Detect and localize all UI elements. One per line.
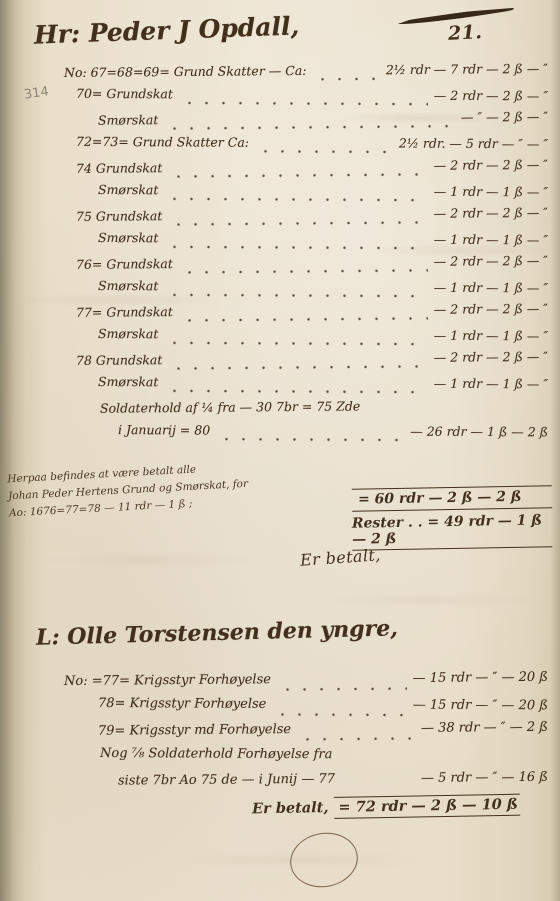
dot-leader	[166, 119, 455, 134]
ledger-row: Smørskat— 1 rdr — 1 ß — ″	[42, 278, 548, 305]
entry-label: Smørskat	[98, 112, 159, 128]
dot-leader	[257, 144, 393, 157]
page-number: 21.	[447, 21, 482, 45]
ledger-row: 72=73= Grund Skatter Ca:2½ rdr. — 5 rdr …	[42, 134, 548, 161]
dot-leader	[340, 757, 542, 770]
dot-leader	[314, 71, 379, 84]
entry-label: 77= Grundskat	[76, 304, 173, 320]
dot-leader	[166, 191, 427, 204]
entry-amounts: — 15 rdr — ″ — 20 ß	[413, 698, 548, 714]
entry-amounts: — 1 rdr — 1 ß — ″	[434, 184, 548, 200]
entry-label: Smørskat	[98, 326, 158, 341]
entry-amounts: — 2 rdr — 2 ß — ″	[434, 349, 548, 365]
entry-label: 79= Krigsstyr md Forhøyelse	[98, 722, 291, 739]
entry-label: siste 7br Ao 75 de — i Junij — 77	[118, 772, 335, 789]
entry-label: 78 Grundskat	[76, 352, 163, 368]
ledger-row: Smørskat— 1 rdr — 1 ß — ″	[42, 230, 548, 257]
entry-label: Nog ⅞ Soldaterhold Forhøyelse fra	[100, 746, 332, 762]
entry-amounts: 2½ rdr — 7 rdr — 2 ß — ″	[386, 61, 548, 77]
ledger-row: 78 Grundskat— 2 rdr — 2 ß — ″	[42, 349, 548, 377]
ledger-row: No: =77= Krigsstyr Forhøyelse— 15 rdr — …	[42, 670, 548, 699]
ledger-row: Nog ⅞ Soldaterhold Forhøyelse fra	[42, 746, 548, 774]
entry-label: i Januarij = 80	[118, 422, 210, 437]
dot-leader	[274, 707, 406, 720]
ledger-row: 77= Grundskat— 2 rdr — 2 ß — ″	[42, 301, 548, 329]
page-right-edge-shadow	[550, 0, 560, 901]
manuscript-page: 21. 314 Hr: Peder J Opdall, No: 67=68=69…	[0, 0, 560, 901]
entry-label: Smørskat	[98, 230, 158, 245]
ledger-row: 70= Grundskat— 2 rdr — 2 ß — ″	[42, 86, 548, 113]
section1-entry-list: No: 67=68=69= Grund Skatter — Ca:2½ rdr …	[42, 63, 548, 447]
entry-amounts: — 5 rdr — ″ — 16 ß	[421, 770, 548, 786]
remainder-label: Rester . . =	[352, 514, 440, 532]
dot-leader	[368, 406, 542, 420]
dot-leader	[170, 215, 427, 229]
section2-entry-list: No: =77= Krigsstyr Forhøyelse— 15 rdr — …	[42, 672, 548, 797]
entry-amounts: — 2 rdr — 2 ß — ″	[434, 301, 548, 317]
entry-amounts: — 2 rdr — 2 ß — ″	[434, 157, 548, 173]
ledger-row: Smørskat— 1 rdr — 1 ß — ″	[42, 374, 548, 401]
dot-leader	[166, 287, 427, 300]
entry-amounts: 2½ rdr. — 5 rdr — ″ — ″	[399, 136, 548, 152]
ledger-row: i Januarij = 80— 26 rdr — 1 ß — 2 ß	[42, 422, 548, 449]
entry-amounts: — 1 rdr — 1 ß — ″	[434, 280, 548, 296]
entry-amounts: — 2 rdr — 2 ß — ″	[434, 88, 548, 104]
entry-label: Soldaterhold af ¼ fra — 30 7br = 75 Zde	[100, 398, 360, 415]
dot-leader	[218, 432, 404, 445]
paid-total-value: = 72 rdr — 2 ß — 10 ß	[334, 794, 520, 819]
ink-circle-doodle	[286, 828, 362, 893]
entry-label: 76= Grundskat	[76, 256, 173, 272]
section1-heading: Hr: Peder J Opdall,	[34, 11, 300, 49]
section2-heading: L: Olle Torstensen den yngre,	[36, 615, 398, 650]
dot-leader	[166, 239, 427, 252]
dot-leader	[181, 311, 428, 325]
section2-total: Er betalt,= 72 rdr — 2 ß — 10 ß	[252, 796, 520, 818]
entry-amounts: — 1 rdr — 1 ß — ″	[434, 376, 548, 392]
entry-amounts: — 2 rdr — 2 ß — ″	[434, 253, 548, 269]
dot-leader	[166, 383, 427, 396]
entry-label: Smørskat	[98, 278, 158, 293]
dot-leader	[166, 335, 427, 348]
section1-totals: = 60 rdr — 2 ß — 2 ß Rester . . = 49 rdr…	[352, 487, 552, 549]
ledger-row: 79= Krigsstyr md Forhøyelse— 38 rdr — ″ …	[42, 720, 548, 749]
entry-label: Smørskat	[98, 182, 158, 197]
paid-label: Er betalt,	[252, 799, 329, 817]
ledger-row: 75 Grundskat— 2 rdr — 2 ß — ″	[42, 205, 548, 233]
dot-leader	[170, 167, 427, 181]
ledger-row: Smørskat— 1 rdr — 1 ß — ″	[42, 326, 548, 353]
entry-label: 75 Grundskat	[76, 208, 163, 224]
dot-leader	[343, 781, 415, 794]
entry-label: 70= Grundskat	[76, 86, 173, 102]
ledger-row: Soldaterhold af ¼ fra — 30 7br = 75 Zde	[42, 397, 548, 425]
entry-amounts: — 2 rdr — 2 ß — ″	[434, 205, 548, 221]
entry-label: Smørskat	[98, 374, 158, 389]
entry-amounts: — 1 rdr — 1 ß — ″	[434, 232, 548, 248]
dot-leader	[170, 359, 427, 373]
ledger-row: 74 Grundskat— 2 rdr — 2 ß — ″	[42, 157, 548, 185]
entry-label: 78= Krigsstyr Forhøyelse	[98, 696, 266, 712]
entry-amounts: — 15 rdr — ″ — 20 ß	[413, 670, 548, 686]
entry-amounts: — 1 rdr — 1 ß — ″	[434, 328, 548, 344]
entry-label: No: 67=68=69= Grund Skatter — Ca:	[64, 63, 307, 80]
dot-leader	[279, 681, 407, 694]
ledger-row: Smørskat— ″ — 2 ß — ″	[42, 109, 548, 137]
entry-amounts: — 26 rdr — 1 ß — 2 ß	[410, 424, 548, 440]
entry-label: 74 Grundskat	[76, 160, 163, 176]
dot-leader	[181, 95, 428, 108]
dot-leader	[181, 263, 428, 277]
ledger-row: Smørskat— 1 rdr — 1 ß — ″	[42, 182, 548, 209]
entry-amounts: — ″ — 2 ß — ″	[461, 109, 548, 125]
remainder-line: Rester . . = 49 rdr — 1 ß — 2 ß	[352, 508, 553, 550]
margin-note: Herpaa befindes at være betalt alle Joha…	[7, 455, 329, 523]
paid-note: Er betalt,	[299, 545, 381, 570]
dot-leader	[299, 731, 415, 744]
ledger-row: 78= Krigsstyr Forhøyelse— 15 rdr — ″ — 2…	[42, 696, 548, 724]
entry-label: 72=73= Grund Skatter Ca:	[76, 134, 249, 150]
entry-amounts: — 38 rdr — ″ — 2 ß	[421, 720, 548, 736]
entry-label: No: =77= Krigsstyr Forhøyelse	[64, 672, 271, 689]
ledger-row: 76= Grundskat— 2 rdr — 2 ß — ″	[42, 253, 548, 281]
ledger-row: No: 67=68=69= Grund Skatter — Ca:2½ rdr …	[42, 61, 548, 89]
